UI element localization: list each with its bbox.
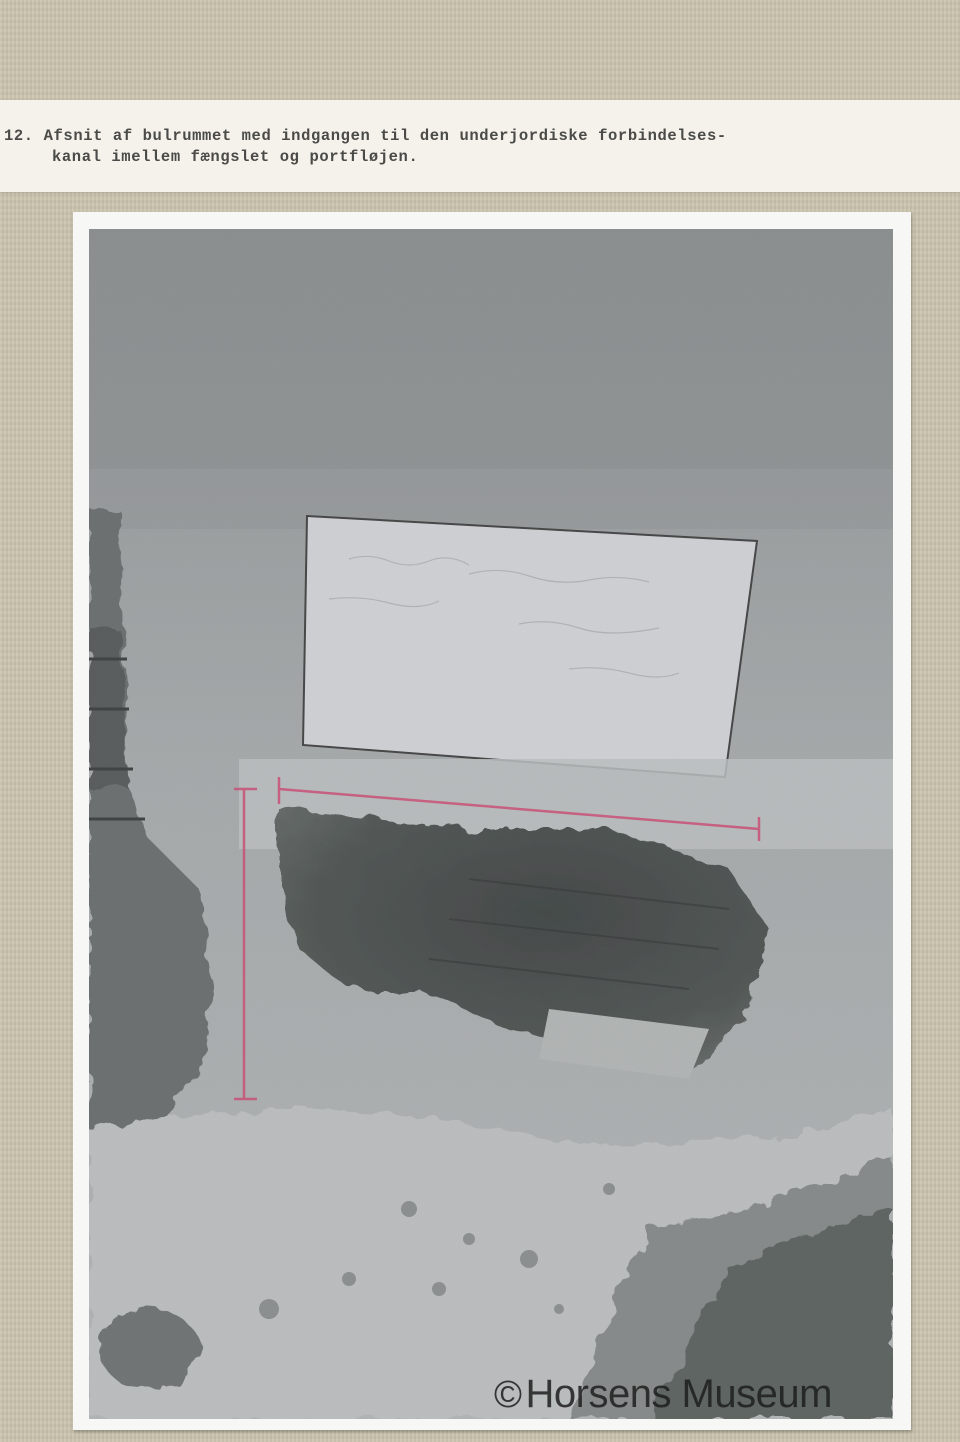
caption-number: 12. bbox=[4, 127, 34, 145]
copyright-watermark: ©Horsens Museum bbox=[494, 1372, 832, 1417]
caption-line-1: 12. Afsnit af bulrummet med indgangen ti… bbox=[4, 127, 727, 145]
caption-line-2: kanal imellem fængslet og portfløjen. bbox=[52, 148, 418, 166]
photo-illustration bbox=[89, 229, 893, 1419]
caption-text-1: Afsnit af bulrummet med indgangen til de… bbox=[44, 127, 727, 145]
caption-strip: 12. Afsnit af bulrummet med indgangen ti… bbox=[0, 100, 960, 192]
archival-photograph bbox=[89, 229, 893, 1419]
photo-mount bbox=[73, 212, 911, 1430]
watermark-text: Horsens Museum bbox=[526, 1372, 832, 1416]
copyright-icon: © bbox=[494, 1374, 522, 1416]
